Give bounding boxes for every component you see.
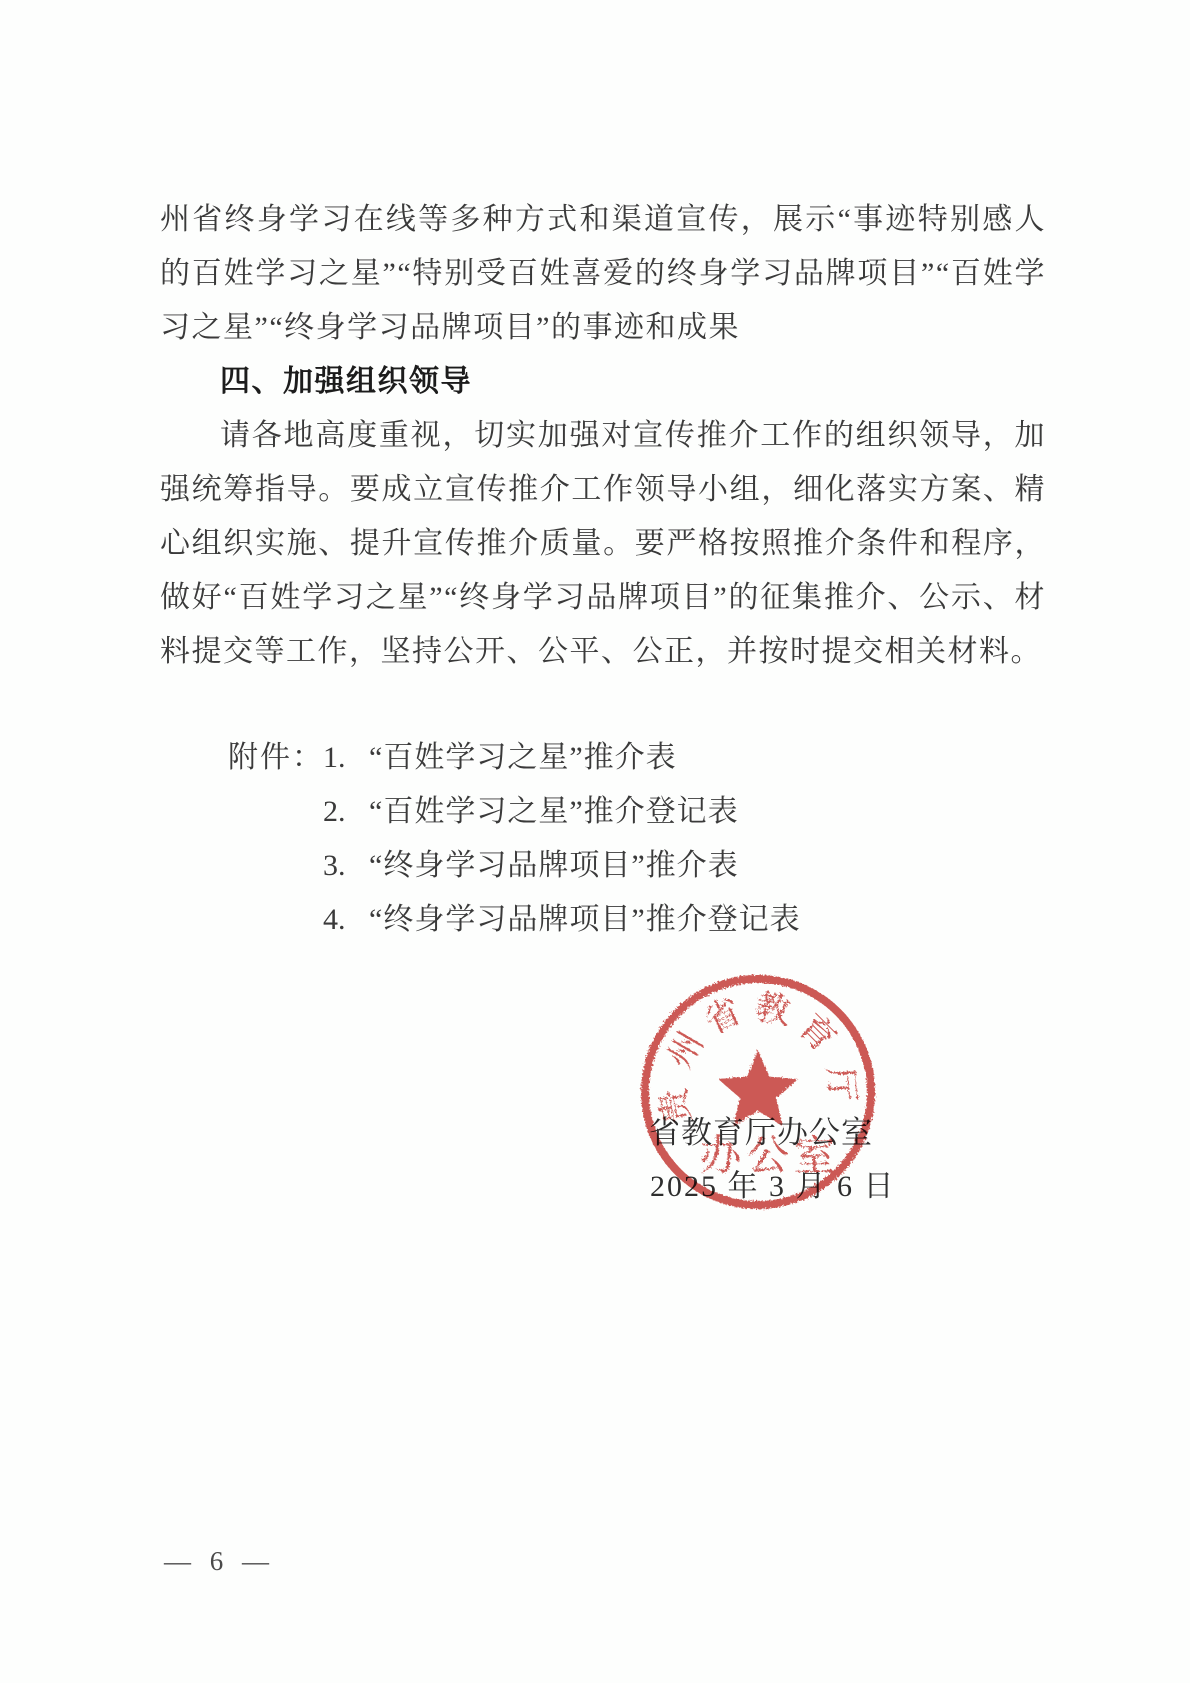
attachment-title: “终身学习品牌项目”推介登记表: [369, 893, 801, 947]
attachment-number: 2.: [323, 785, 369, 839]
attachment-number: 1.: [323, 731, 369, 785]
seal-arc-char: 贵: [653, 1084, 698, 1127]
attachment-number: 4.: [323, 893, 369, 947]
attachment-number: 3.: [323, 839, 369, 893]
attachments-list: 附件： 1. “百姓学习之星”推介表 2. “百姓学习之星”推介登记表 3. “…: [160, 731, 1046, 947]
section-heading: 四、加强组织领导: [160, 355, 1046, 409]
page-number: — 6 —: [164, 1546, 275, 1577]
seal-star-icon: [718, 1050, 798, 1126]
attachment-title: “百姓学习之星”推介表: [369, 731, 677, 785]
document-body: 州省终身学习在线等多种方式和渠道宣传，展示“事迹特别感人的百姓学习之星”“特别受…: [160, 193, 1046, 947]
section-paragraph: 请各地高度重视，切实加强对宣传推介工作的组织领导，加强统筹指导。要成立宣传推介工…: [160, 409, 1046, 679]
seal-arc-char: 省: [699, 991, 747, 1041]
attachment-title: “终身学习品牌项目”推介表: [369, 839, 739, 893]
paragraph-continuation: 州省终身学习在线等多种方式和渠道宣传，展示“事迹特别感人的百姓学习之星”“特别受…: [160, 193, 1046, 355]
attachments-label: 附件：: [228, 731, 324, 785]
attachment-item: 4. “终身学习品牌项目”推介登记表: [160, 893, 1046, 947]
official-seal: 贵 州 省 教 育 厅 办公室: [628, 962, 888, 1222]
attachment-item: 3. “终身学习品牌项目”推介表: [160, 839, 1046, 893]
seal-arc-char: 州: [660, 1025, 711, 1075]
seal-bottom-text: 办公室: [699, 1134, 840, 1180]
seal-arc-char: 教: [752, 988, 793, 1032]
attachment-item: 2. “百姓学习之星”推介登记表: [160, 785, 1046, 839]
document-page: 州省终身学习在线等多种方式和渠道宣传，展示“事迹特别感人的百姓学习之星”“特别受…: [0, 0, 1190, 1683]
attachment-title: “百姓学习之星”推介登记表: [369, 785, 739, 839]
seal-arc-char: 厅: [820, 1066, 862, 1104]
